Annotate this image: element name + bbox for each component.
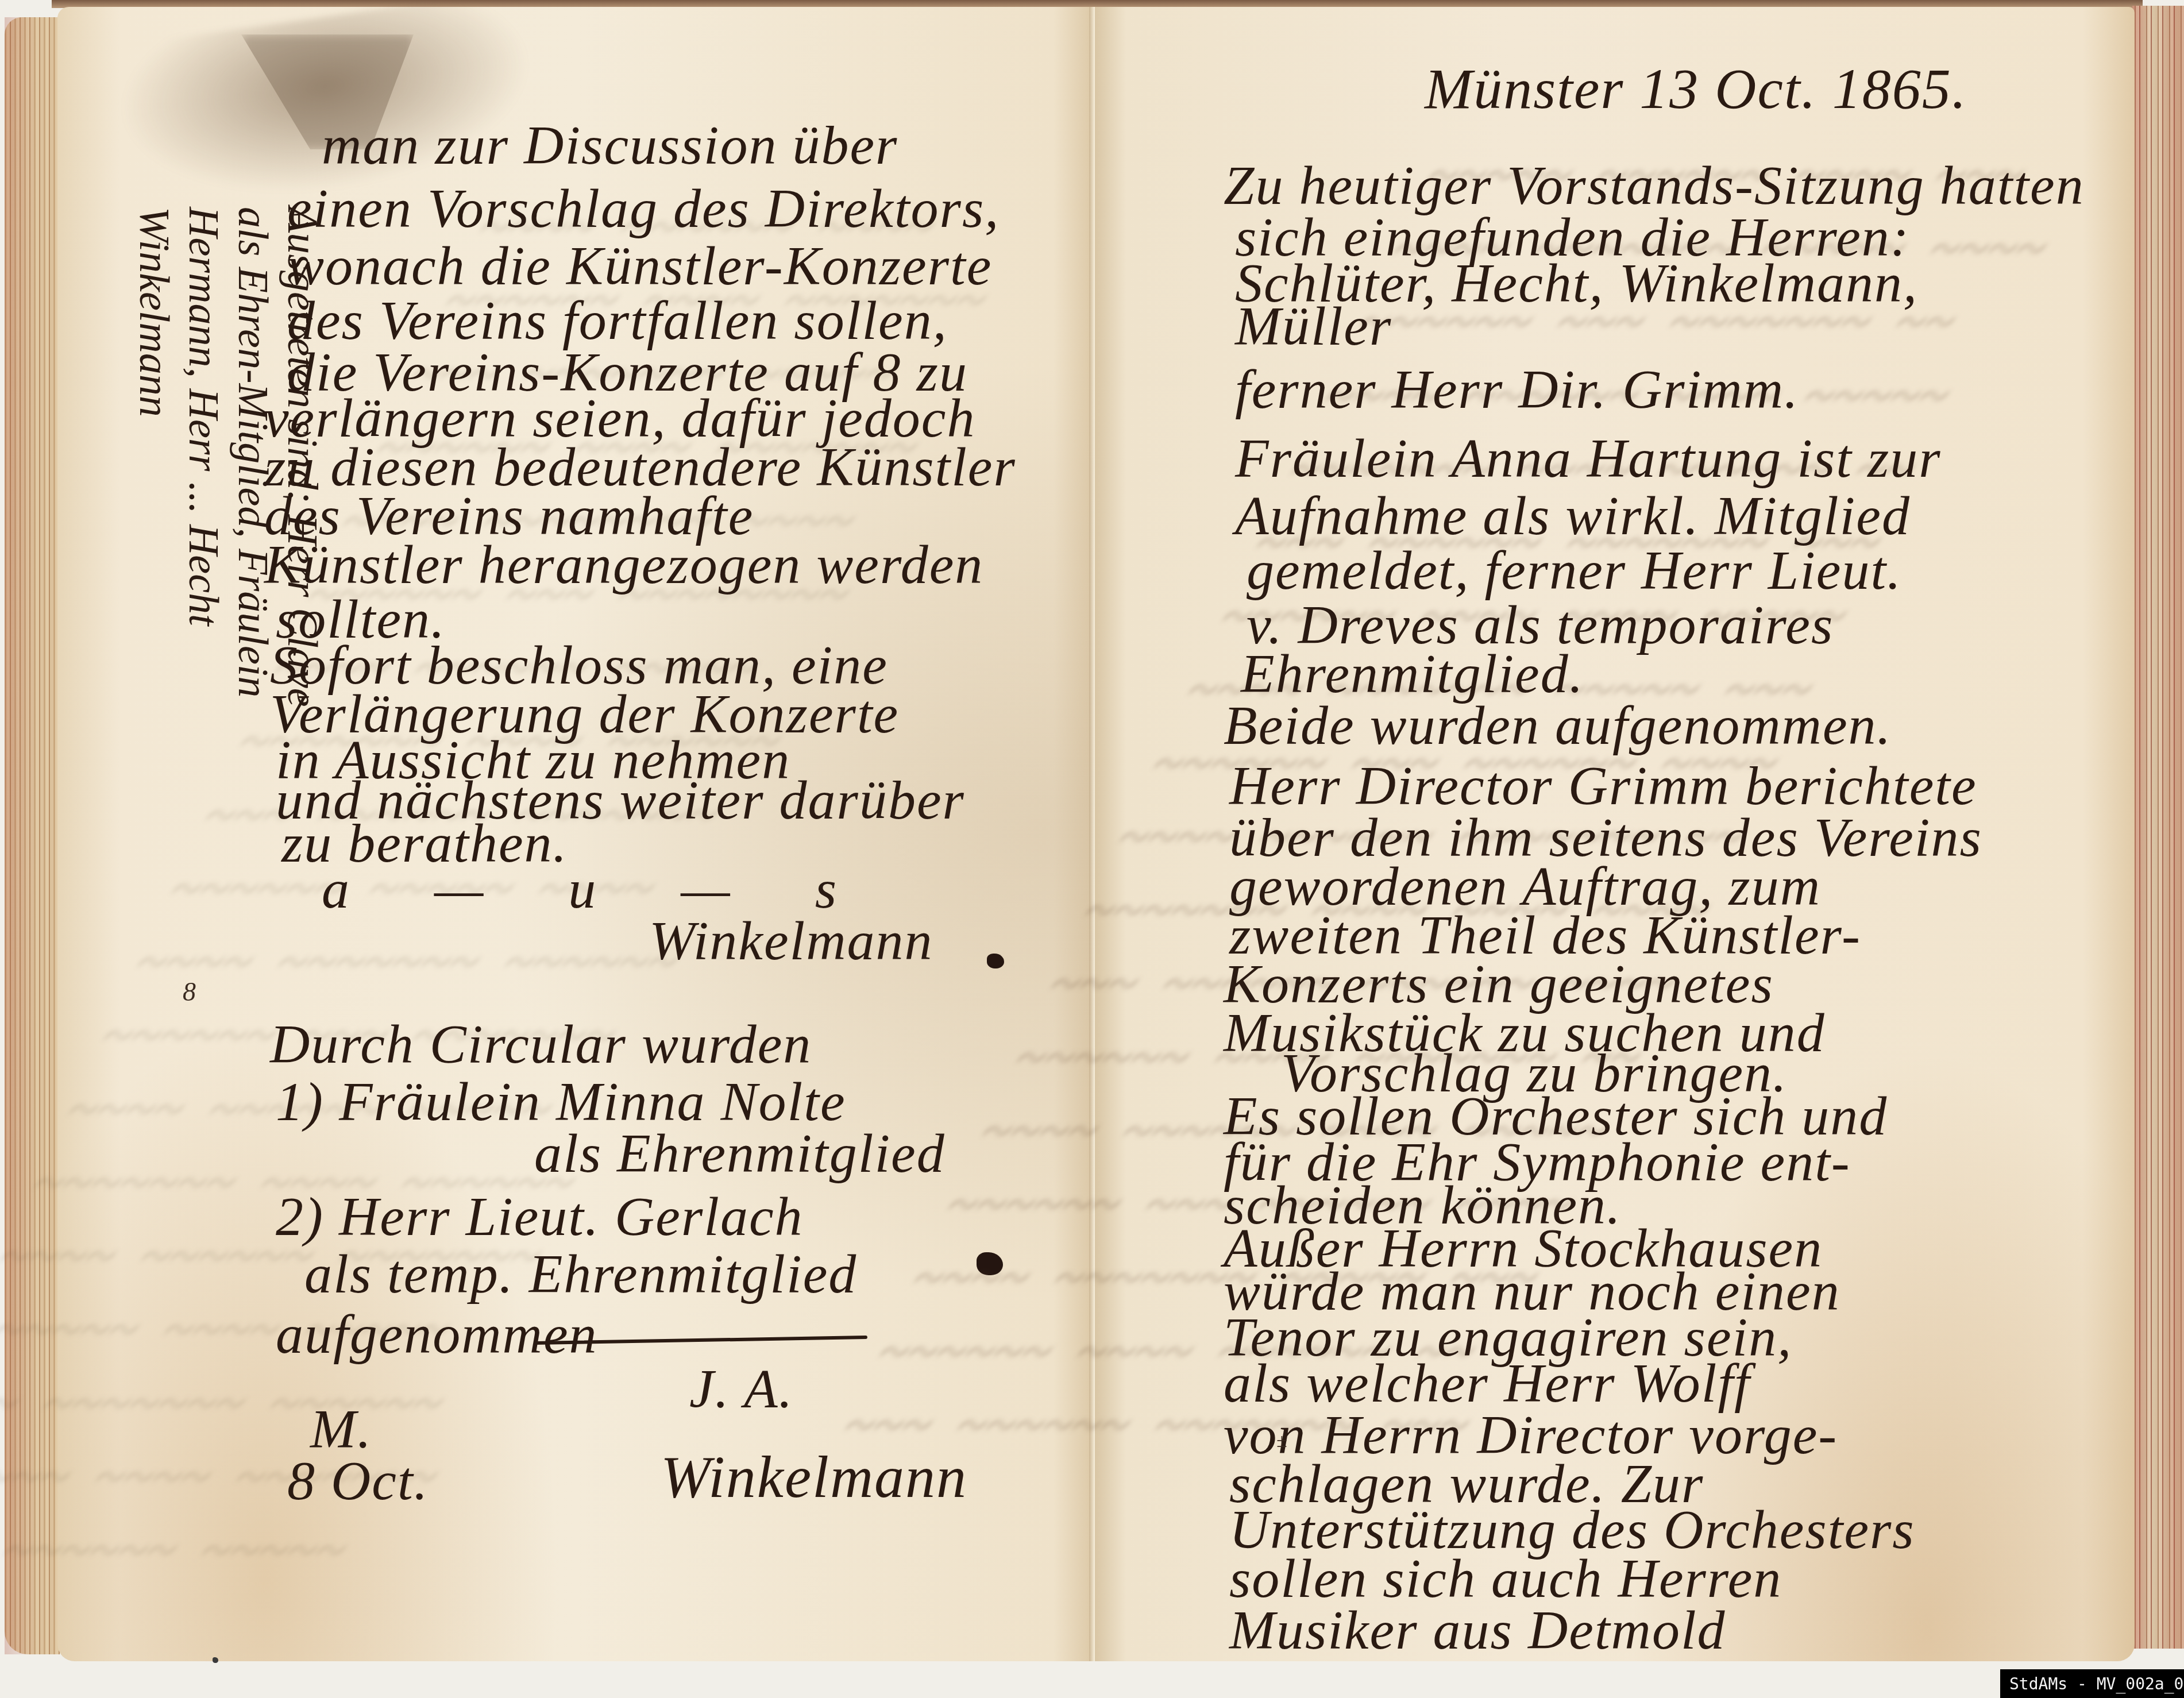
left-line: M. [310,1402,372,1457]
signature: Winkelmann [649,913,933,968]
right-line: Beide wurden aufgenommen. [1224,698,1892,753]
date-note: 8 Oct. [287,1453,429,1508]
right-line: Fräulein Anna Hartung ist zur [1235,431,1942,486]
left-line: man zur Discussion über [322,118,898,173]
right-line: Zu heutiger Vorstands-Sitzung hatten [1224,158,2085,213]
right-line: als welcher Herr Wolff [1224,1356,1751,1411]
right-line: Ehrenmitglied. [1241,646,1584,701]
paper-speck [213,1657,218,1663]
right-line: sollen sich auch Herren [1229,1551,1782,1606]
margin-number: 8 [183,977,196,1007]
right-line: Müller [1235,299,1392,354]
left-line: Künstler herangezogen werden [264,537,983,592]
small-margin-mark: ± [1276,1430,1287,1452]
open-manuscript-book: ~~~~ ~~~~~~ ~~~~ ~~~~~~ ~~~~ ~~~~~~~ ~~~… [0,0,2184,1698]
left-line: 2) Herr Lieut. Gerlach [276,1189,804,1244]
ink-blot [977,1252,1003,1275]
initials: J. A. [689,1361,794,1417]
left-line: Durch Circular wurden [270,1017,812,1072]
right-line: ferner Herr Dir. Grimm. [1235,362,1799,417]
left-page-edges [5,17,60,1654]
right-page-edges [2132,6,2184,1649]
left-line: des Vereins fortfallen sollen, [287,293,948,348]
left-line: 1) Fräulein Minna Nolte [276,1074,846,1129]
left-line: einen Vorschlag des Direktors, [287,181,1000,236]
left-line: aufgenommen [276,1307,598,1362]
archive-label: StdAMs - MV_002a_042 [2000,1669,2184,1698]
right-line: Herr Director Grimm berichtete [1229,758,1977,813]
signature: Winkelmann [661,1448,967,1507]
ink-blot [987,954,1004,968]
margin-note-line: Hermann, Herr ... Hecht [179,207,228,707]
left-line: als Ehrenmitglied [534,1126,946,1181]
entry-heading-date: Münster 13 Oct. 1865. [1425,60,1967,118]
left-line: a — u — s [322,862,838,917]
margin-note-line: Winkelmann [129,207,179,707]
right-line: gemeldet, ferner Herr Lieut. [1247,543,1902,598]
left-line: als temp. Ehrenmitglied [304,1247,857,1302]
right-line: Aufnahme als wirkl. Mitglied [1235,488,1911,543]
right-line: Musiker aus Detmold [1229,1603,1726,1658]
left-line: wonach die Künstler-Konzerte [287,238,992,294]
